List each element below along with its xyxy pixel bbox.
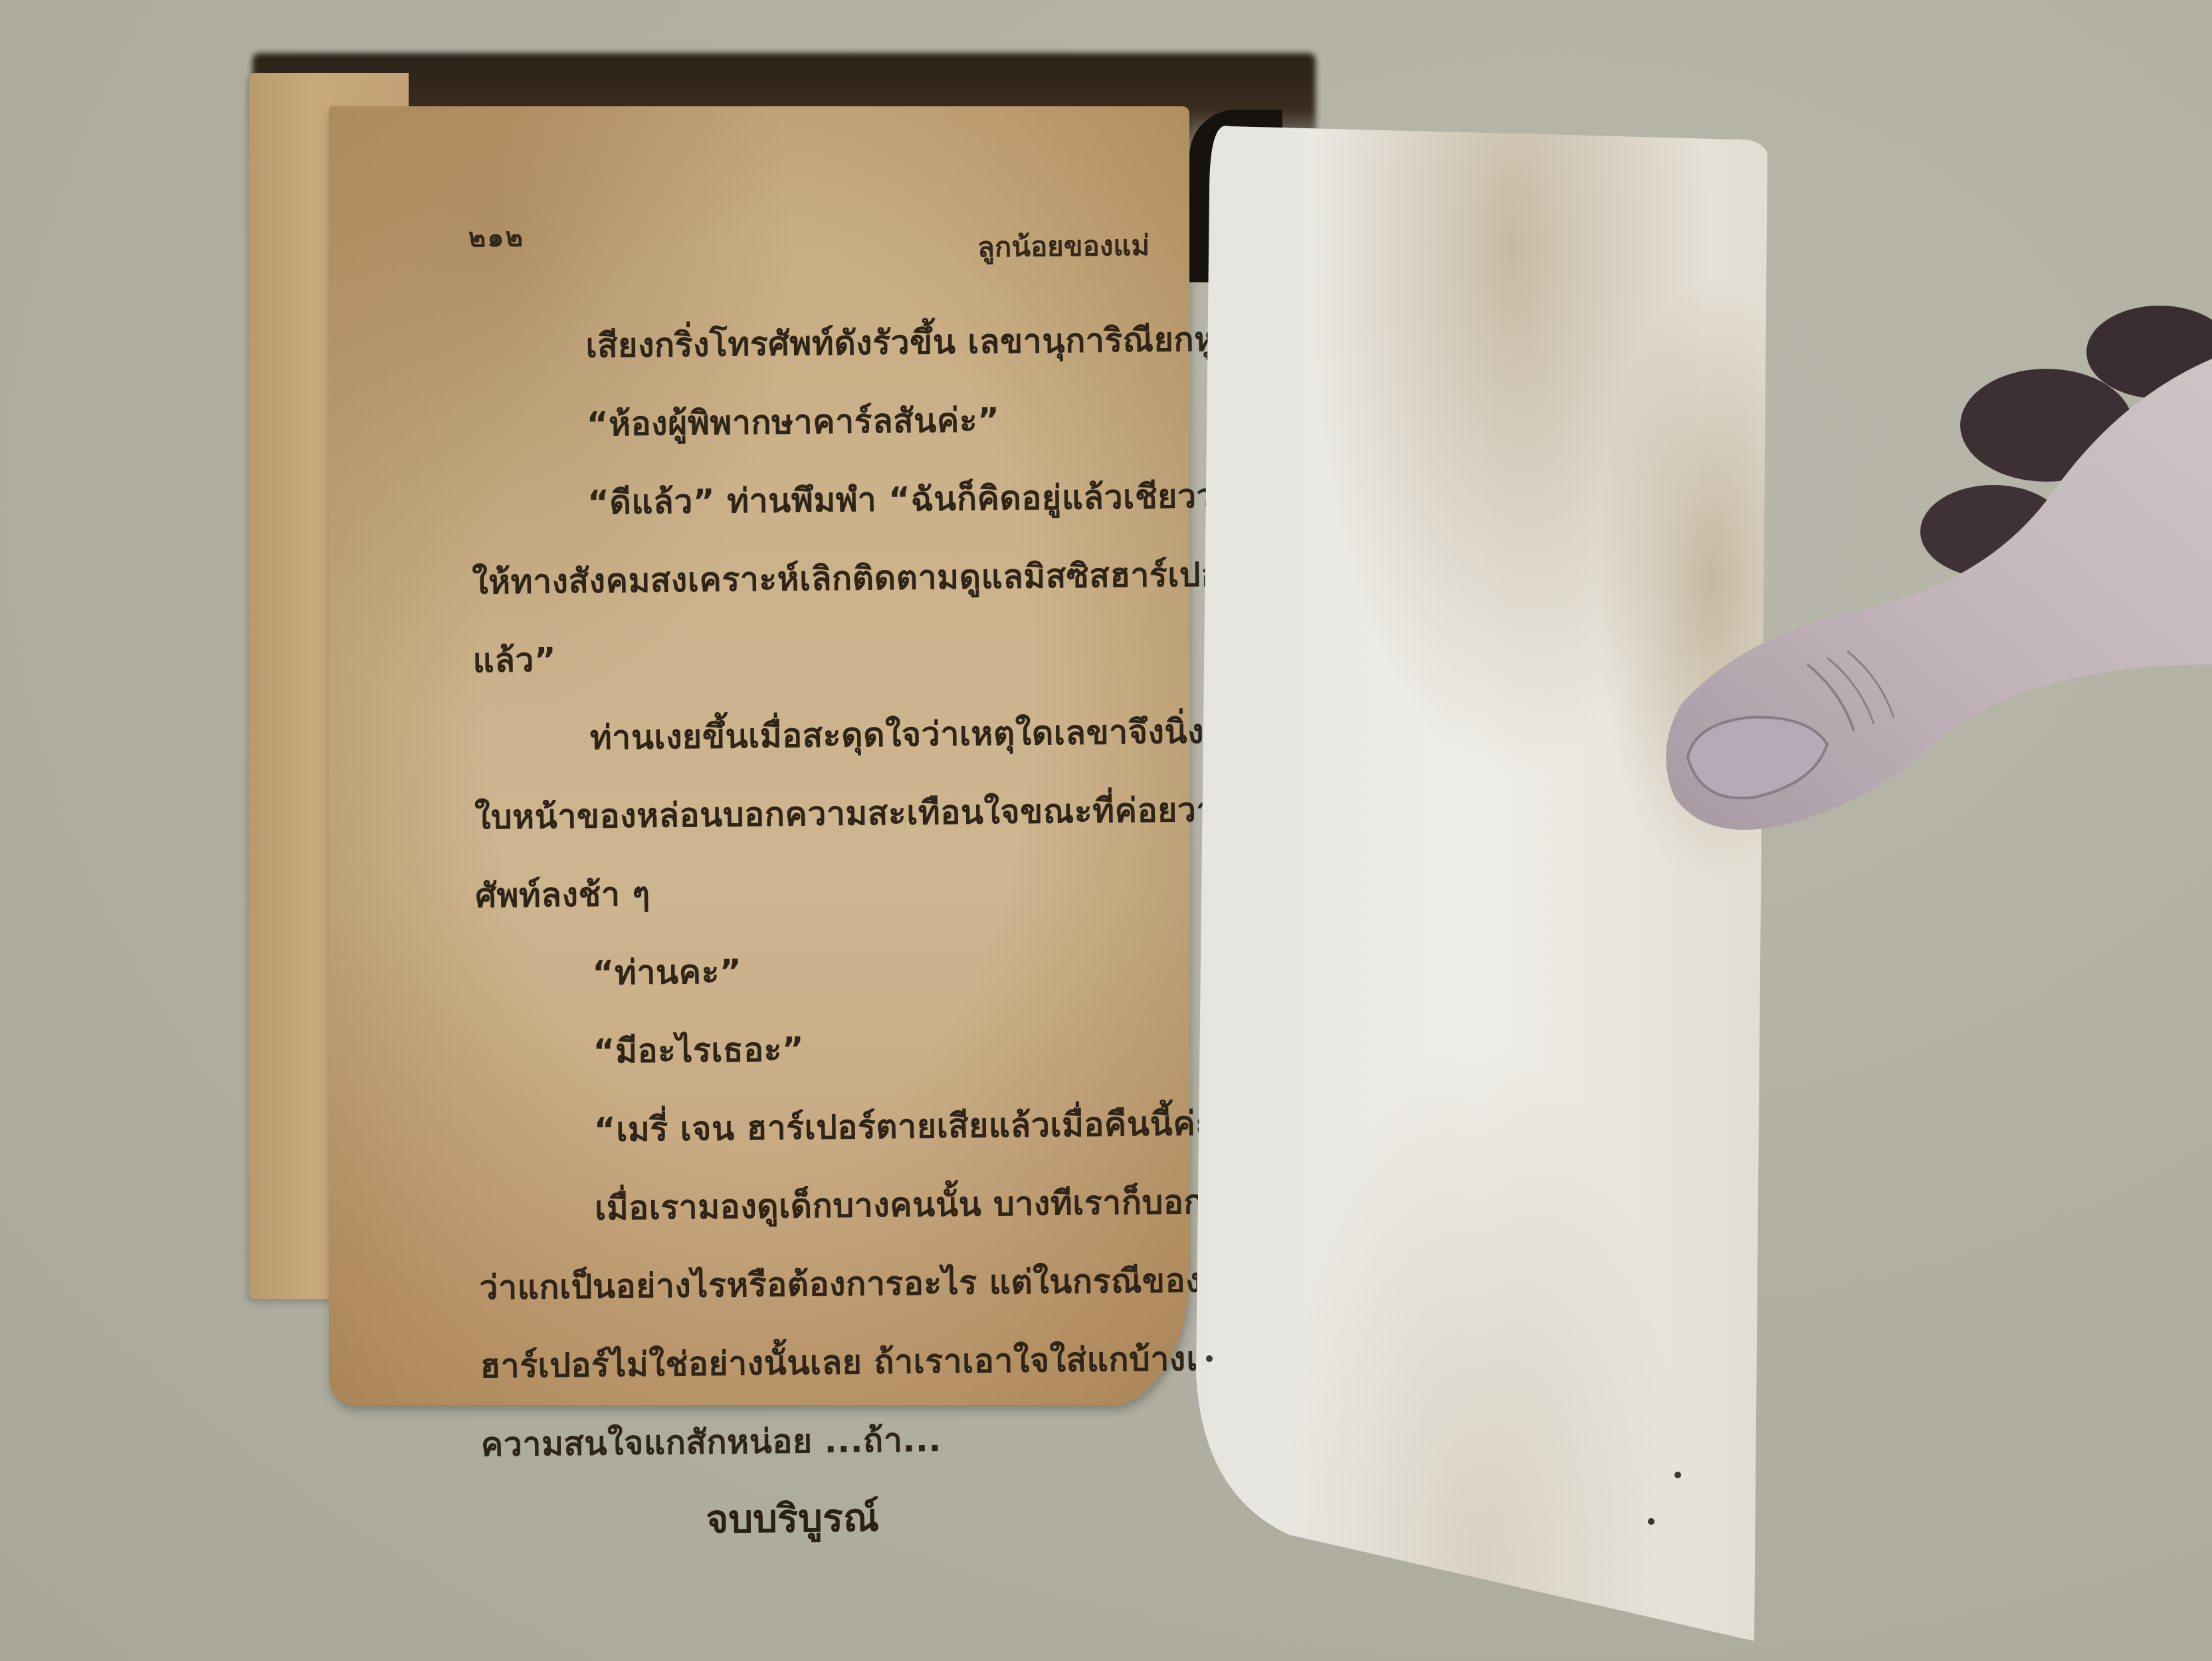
text-line: เสียงกริ่งโทรศัพท์ดังรัวขึ้น เลขานุการิณ…	[469, 301, 1151, 387]
page-speck	[1206, 1355, 1213, 1362]
text-line: ท่านเงยขึ้นเมื่อสะดุดใจว่าเหตุใดเลขาจึงน…	[473, 693, 1155, 779]
text-line: ฮาร์เปอร์ไม่ใช่อย่างนั้นเลย ถ้าเราเอาใจใ…	[480, 1320, 1161, 1406]
running-title: ลูกน้อยของแม่	[977, 224, 1150, 270]
text-line: “ดีแล้ว” ท่านพึมพำ “ฉันก็คิดอยู่แล้วเชีย…	[470, 458, 1152, 543]
text-line: ความสนใจแกสักหน่อย ...ถ้า...	[480, 1399, 1162, 1484]
thumb-shape	[1655, 292, 2212, 1276]
text-line: “ห้องผู้พิพากษาคาร์ลสันค่ะ”	[470, 379, 1152, 465]
book-page-last: ๒๑๒ ลูกน้อยของแม่ เสียงกริ่งโทรศัพท์ดังร…	[329, 106, 1189, 1405]
page-text-block: ๒๑๒ ลูกน้อยของแม่ เสียงกริ่งโทรศัพท์ดังร…	[468, 209, 1163, 1553]
text-line: ให้ทางสังคมสงเคราะห์เลิกติดตามดูแลมิสซิส…	[472, 536, 1154, 622]
text-line: “เมรี่ เจน ฮาร์เปอร์ตายเสียแล้วเมื่อคืนน…	[477, 1085, 1159, 1171]
text-line: ว่าแกเป็นอย่างไรหรือต้องการอะไร แต่ในกรณ…	[479, 1242, 1161, 1327]
photo-scene: ๒๑๒ ลูกน้อยของแม่ เสียงกริ่งโทรศัพท์ดังร…	[0, 0, 2212, 1661]
page-speck	[1674, 1472, 1681, 1478]
text-line: “มีอะไรเธอะ”	[476, 1007, 1158, 1092]
text-line: ใบหน้าของหล่อนบอกความสะเทือนใจขณะที่ค่อย…	[474, 771, 1156, 857]
text-line: แล้ว”	[472, 615, 1154, 700]
text-line: เมื่อเรามองดูเด็กบางคนนั้น บางทีเราก็บอก…	[478, 1163, 1160, 1249]
hand-thumb	[1655, 292, 2212, 1276]
page-header: ๒๑๒ ลูกน้อยของแม่	[468, 209, 1150, 275]
page-number: ๒๑๒	[468, 216, 524, 259]
text-line: “ท่านคะ”	[476, 928, 1157, 1014]
end-mark: จบบริบูรณ์	[482, 1484, 1163, 1553]
page-speck	[1648, 1518, 1655, 1525]
text-line: ศัพท์ลงช้า ๆ	[475, 850, 1157, 935]
